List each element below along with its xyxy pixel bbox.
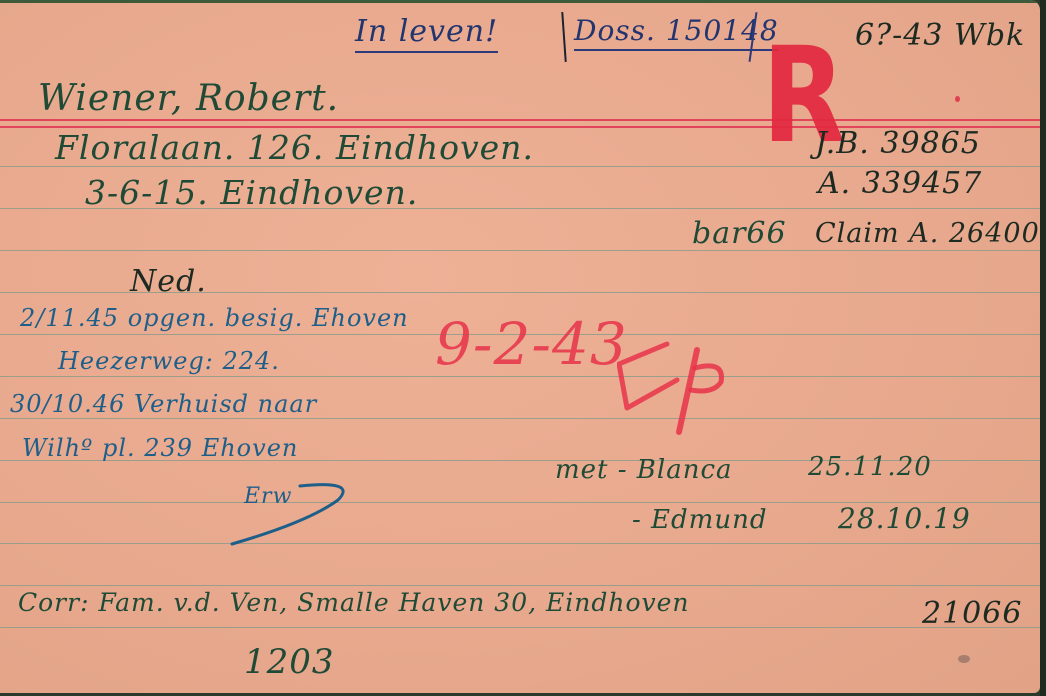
card-number: 21066 [922, 596, 1022, 631]
red-date-code: 9-2-43 [435, 310, 628, 378]
person-address: Floralaan. 126. Eindhoven. [55, 128, 534, 167]
status-note: In leven! [355, 14, 498, 53]
claim: Claim A. 26400 [815, 218, 1040, 249]
correspondence: Corr: Fam. v.d. Ven, Smalle Haven 30, Ei… [18, 588, 690, 617]
bottom-number: 1203 [244, 642, 335, 682]
relative-date: 28.10.19 [838, 502, 971, 535]
code-bar: bar66 [692, 216, 787, 251]
ruled-line [0, 418, 1040, 419]
person-birth: 3-6-15. Eindhoven. [85, 173, 418, 212]
history-line: Heezerweg: 224. [58, 347, 280, 375]
history-line: 2/11.45 opgen. besig. Ehoven [20, 304, 409, 332]
card-top-edge [0, 0, 1040, 3]
relative-date: 25.11.20 [808, 452, 932, 482]
ref-a: A. 339457 [818, 166, 982, 201]
index-card: In leven! Doss. 150148 6?-43 Wbk R Wiene… [0, 0, 1040, 693]
red-dot [955, 96, 960, 102]
ruled-line [0, 627, 1040, 628]
relative-name: met - Blanca [555, 455, 733, 485]
ruled-line [0, 585, 1040, 586]
history-line: Wilhº pl. 239 Ehoven [22, 434, 298, 462]
card-right-edge [1040, 0, 1046, 696]
dossier-number: Doss. 150148 [574, 14, 779, 51]
red-rule-top [0, 119, 1040, 121]
relative-name: - Edmund [632, 505, 767, 535]
ruled-line [0, 250, 1040, 251]
ruled-line [0, 543, 1040, 544]
ref-jb: J.B. 39865 [815, 126, 981, 161]
history-line: 30/10.46 Verhuisd naar [10, 390, 317, 418]
nationality: Ned. [130, 264, 207, 299]
red-check-mark-icon [617, 330, 727, 435]
signature-flourish-icon [228, 478, 358, 548]
ink-smudge [958, 655, 970, 663]
dossier-bracket-left [561, 12, 566, 62]
person-name: Wiener, Robert. [38, 78, 339, 119]
code-top-right: 6?-43 Wbk [855, 18, 1025, 53]
